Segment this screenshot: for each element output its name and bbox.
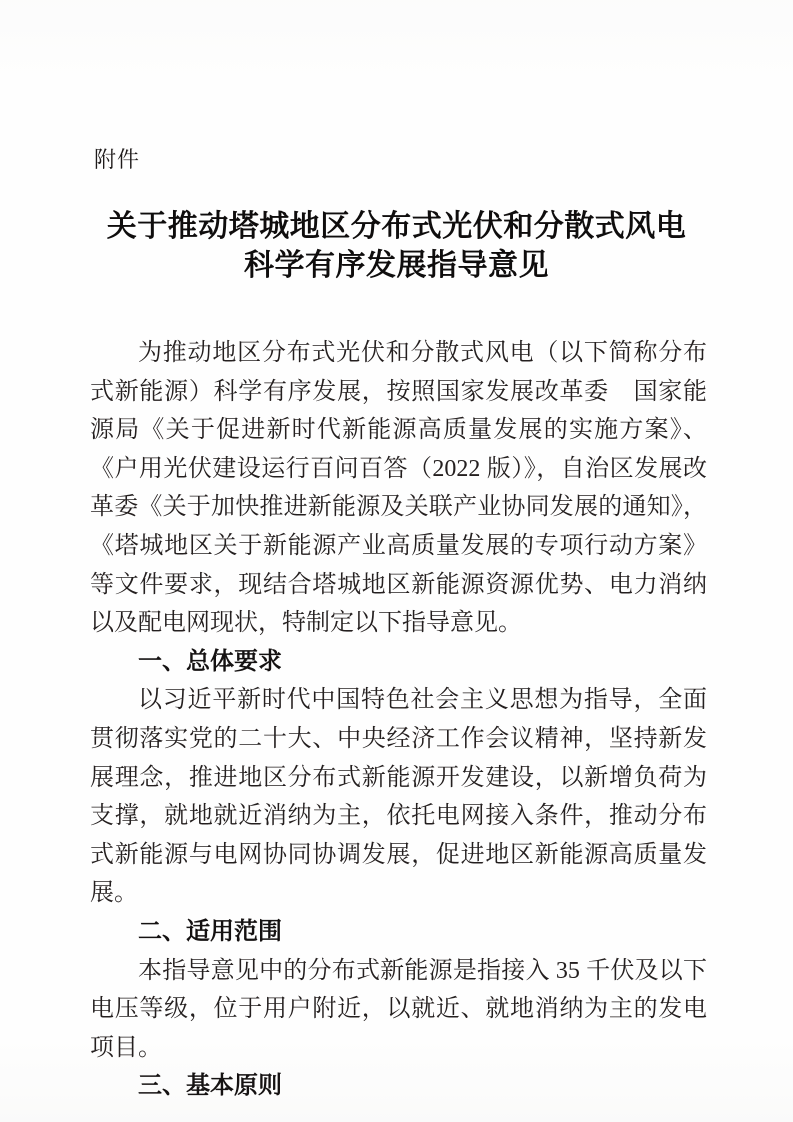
document-title-line-1: 关于推动塔城地区分布式光伏和分散式风电 bbox=[107, 210, 687, 243]
section-heading: 一、总体要求 bbox=[90, 643, 707, 682]
attachment-label: 附件 bbox=[94, 143, 140, 174]
body-paragraph: 为推动地区分布式光伏和分散式风电（以下简称分布式新能源）科学有序发展，按照国家发… bbox=[90, 334, 707, 643]
document-body: 为推动地区分布式光伏和分散式风电（以下简称分布式新能源）科学有序发展，按照国家发… bbox=[90, 334, 707, 1106]
document-title-line-2: 科学有序发展指导意见 bbox=[244, 249, 549, 282]
body-paragraph: 本指导意见中的分布式新能源是指接入 35 千伏及以下电压等级，位于用户附近，以就… bbox=[90, 952, 707, 1068]
scanned-document-page: 附件 关于推动塔城地区分布式光伏和分散式风电 科学有序发展指导意见 为推动地区分… bbox=[0, 0, 793, 1122]
document-title: 关于推动塔城地区分布式光伏和分散式风电 科学有序发展指导意见 bbox=[60, 207, 733, 285]
section-heading: 二、适用范围 bbox=[90, 913, 707, 952]
section-heading: 三、基本原则 bbox=[90, 1067, 707, 1106]
body-paragraph: 以习近平新时代中国特色社会主义思想为指导，全面贯彻落实党的二十大、中央经济工作会… bbox=[90, 681, 707, 913]
